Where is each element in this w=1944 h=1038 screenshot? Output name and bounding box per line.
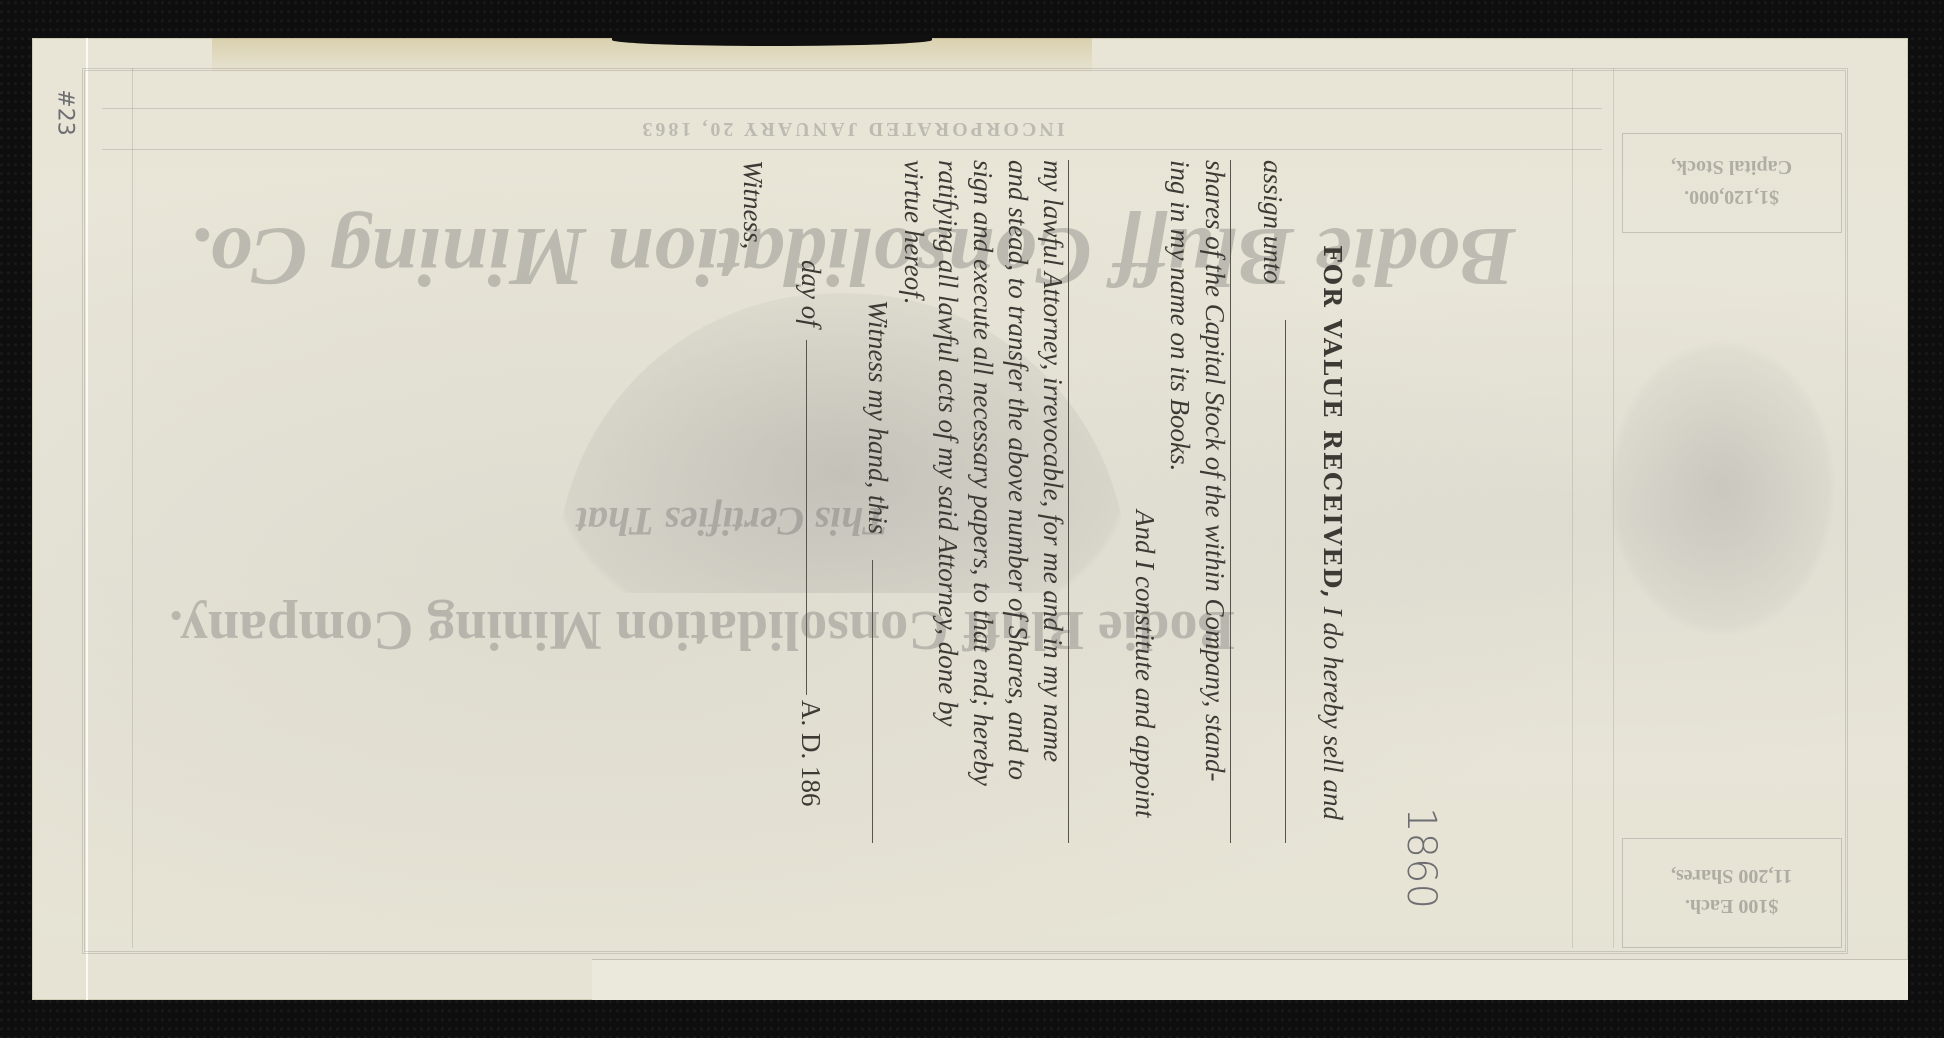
capital-label: Capital Stock,	[1671, 156, 1792, 178]
pencil-annotation-year: 1860	[1398, 807, 1444, 909]
paper-bottom-flap	[592, 959, 1908, 1000]
bleed-left-strip	[72, 68, 133, 948]
day-of-label: day of	[795, 260, 826, 327]
paragraph-2-line-4: ratifying all lawful acts of my said Att…	[932, 160, 963, 726]
torn-edge	[612, 34, 932, 46]
month-blank-line	[806, 340, 807, 695]
appoint-line: And I constitute and appoint	[1129, 510, 1160, 817]
paragraph-1-line-1: shares of the Capital Stock of the withi…	[1199, 160, 1230, 781]
paragraph-1-line-2: ing in my name on its Books.	[1164, 160, 1195, 471]
assign-label: assign unto	[1257, 160, 1288, 284]
ad-year: A. D. 186	[795, 700, 826, 807]
paragraph-2-line-2: and stead, to transfer the above number …	[1002, 160, 1033, 780]
witness-label: Witness,	[737, 160, 768, 249]
attorney-blank-line	[1068, 160, 1069, 843]
shares-par: $100 Each.	[1685, 895, 1778, 917]
paragraph-2-line-5: virtue hereof.	[898, 160, 929, 304]
shares-count: 11,200 Shares,	[1671, 865, 1792, 887]
for-value-received: FOR VALUE RECEIVED,	[1318, 245, 1347, 600]
bleed-seal-emblem	[1607, 338, 1837, 638]
bleed-capital-box: $1,120,000.Capital Stock,	[1622, 133, 1842, 233]
bleed-shares-box: $100 Each.11,200 Shares,	[1622, 838, 1842, 948]
shares-blank-line	[1230, 160, 1231, 843]
witness-hand-line: Witness my hand, this	[862, 300, 893, 534]
transfer-heading: FOR VALUE RECEIVED, I do hereby sell and	[1317, 245, 1348, 820]
date-blank-line	[872, 560, 873, 843]
pencil-corner-mark: #23	[53, 89, 78, 135]
paragraph-2-line-3: sign and execute all necessary papers, t…	[967, 160, 998, 786]
heading-rest: I do hereby sell and	[1318, 600, 1348, 820]
transfer-form: FOR VALUE RECEIVED, I do hereby sell and…	[698, 160, 1348, 850]
assignee-blank-line	[1285, 320, 1286, 843]
paragraph-2-line-1: my lawful Attorney, irrevocable, for me …	[1037, 160, 1068, 762]
capital-amount: $1,120,000.	[1685, 186, 1780, 208]
